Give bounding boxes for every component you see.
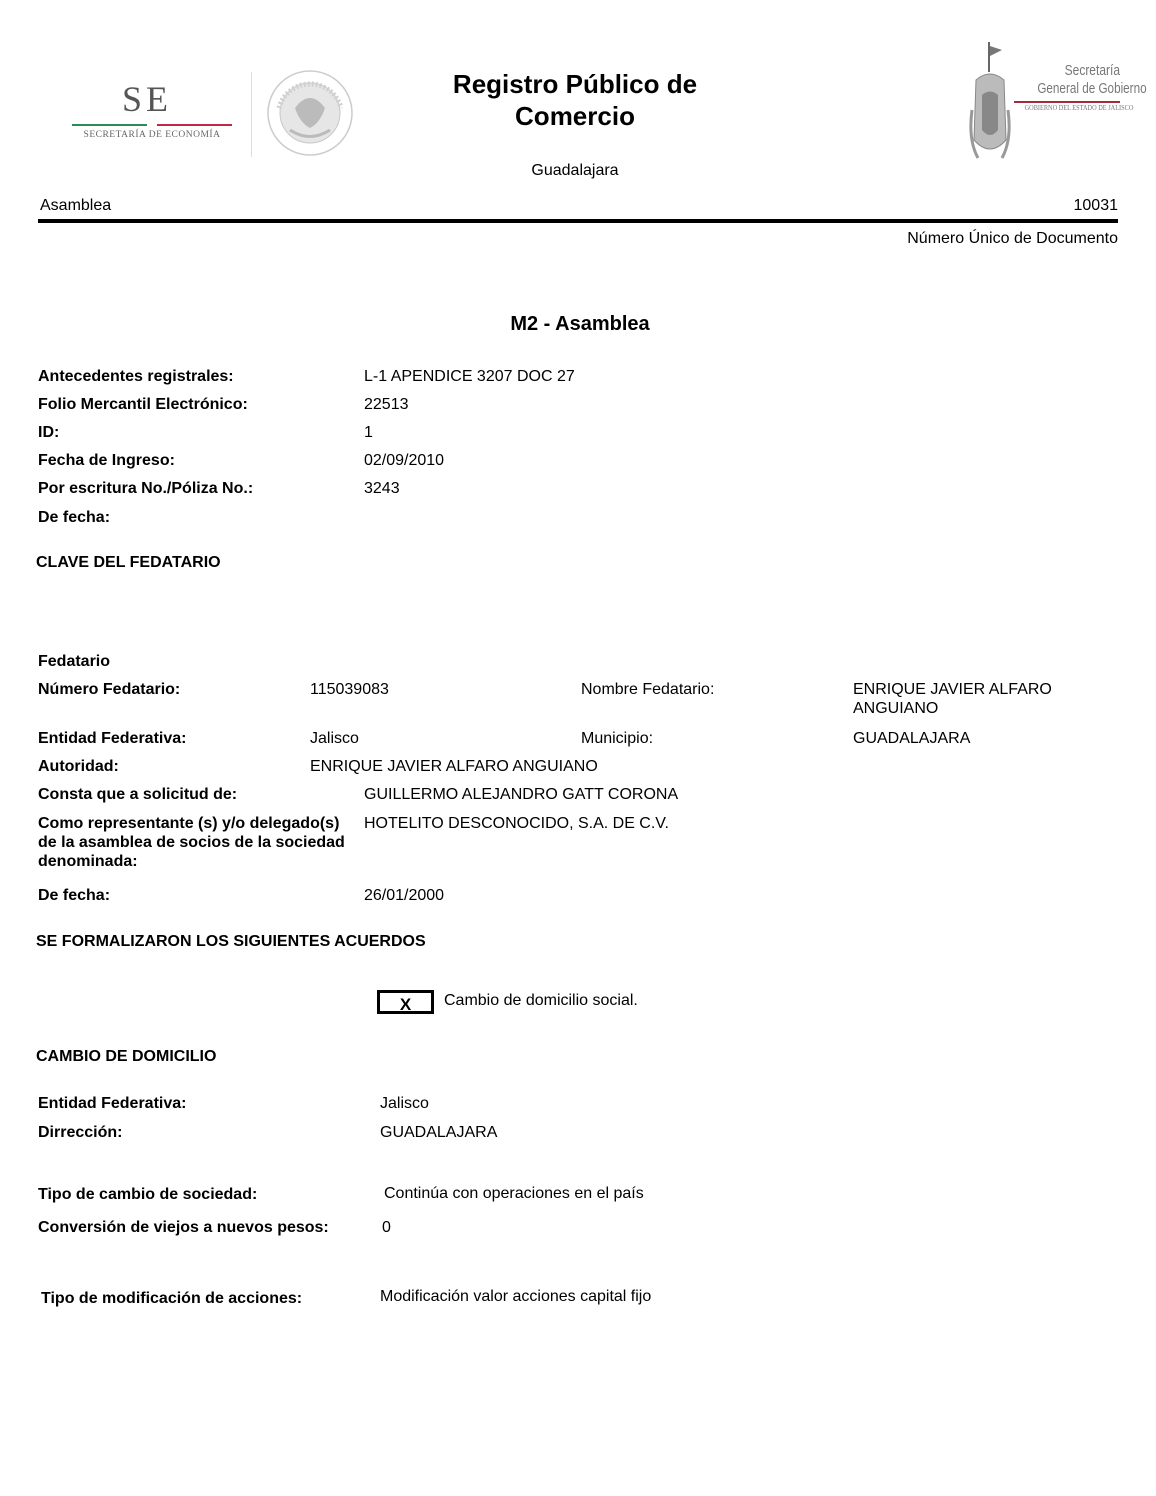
- header-divider: [38, 219, 1118, 223]
- modificacion-value: Modificación valor acciones capital fijo: [380, 1287, 651, 1306]
- se-logo-mark: SE: [62, 78, 232, 120]
- numero-fedatario-label: Número Fedatario:: [38, 680, 180, 699]
- entidad-federativa-label: Entidad Federativa:: [38, 729, 186, 748]
- title-line-1: Registro Público de: [380, 68, 770, 100]
- modificacion-label: Tipo de modificación de acciones:: [41, 1289, 302, 1308]
- acuerdo-checkbox[interactable]: X: [377, 990, 434, 1014]
- domicilio-entidad-label: Entidad Federativa:: [38, 1094, 186, 1113]
- se-logo-subtitle: SECRETARÍA DE ECONOMÍA: [62, 130, 242, 140]
- nombre-fedatario-label: Nombre Fedatario:: [581, 680, 714, 699]
- escritura-label: Por escritura No./Póliza No.:: [38, 479, 253, 498]
- estados-unidos-mexicanos-seal-icon: [265, 68, 355, 158]
- acuerdo-label: Cambio de domicilio social.: [444, 991, 638, 1010]
- antecedentes-label: Antecedentes registrales:: [38, 367, 234, 386]
- escritura-value: 3243: [364, 479, 400, 498]
- clave-fedatario-heading: CLAVE DEL FEDATARIO: [36, 554, 221, 572]
- cambio-domicilio-heading: CAMBIO DE DOMICILIO: [36, 1048, 216, 1066]
- document-type: Asamblea: [40, 197, 111, 215]
- id-value: 1: [364, 423, 373, 442]
- municipio-value: GUADALAJARA: [853, 729, 970, 748]
- solicitud-fecha-label: De fecha:: [38, 886, 110, 905]
- logo-red-bar: [157, 124, 232, 126]
- folio-label: Folio Mercantil Electrónico:: [38, 395, 248, 414]
- numero-fedatario-value: 115039083: [310, 680, 389, 699]
- logo-divider: [251, 72, 252, 157]
- autoridad-label: Autoridad:: [38, 757, 119, 776]
- fedatario-heading: Fedatario: [38, 652, 110, 671]
- secretaria-economia-logo: SE SECRETARÍA DE ECONOMÍA: [62, 72, 232, 152]
- city-label: Guadalajara: [380, 162, 770, 180]
- solicitud-fecha-value: 26/01/2000: [364, 886, 444, 905]
- document-number-label: Número Único de Documento: [907, 230, 1118, 248]
- nombre-fedatario-value: ENRIQUE JAVIER ALFARO ANGUIANO: [853, 680, 1113, 718]
- entidad-federativa-value: Jalisco: [310, 729, 359, 748]
- direccion-label: Dirrección:: [38, 1123, 122, 1142]
- jal-logo-line-2: General de Gobierno: [1037, 80, 1120, 98]
- secretaria-general-gobierno-logo: Secretaría General de Gobierno GOBIERNO …: [1014, 62, 1120, 113]
- page-title: Registro Público de Comercio: [380, 68, 770, 132]
- consta-label: Consta que a solicitud de:: [38, 785, 237, 804]
- tipo-cambio-value: Continúa con operaciones en el país: [384, 1184, 644, 1203]
- logo-green-bar: [72, 124, 147, 126]
- domicilio-entidad-value: Jalisco: [380, 1094, 429, 1113]
- de-fecha-label: De fecha:: [38, 508, 110, 527]
- acuerdos-heading: SE FORMALIZARON LOS SIGUIENTES ACUERDOS: [36, 933, 426, 951]
- fecha-ingreso-label: Fecha de Ingreso:: [38, 451, 175, 470]
- representante-value: HOTELITO DESCONOCIDO, S.A. DE C.V.: [364, 814, 669, 833]
- consta-value: GUILLERMO ALEJANDRO GATT CORONA: [364, 785, 678, 804]
- antecedentes-value: L-1 APENDICE 3207 DOC 27: [364, 367, 575, 386]
- id-label: ID:: [38, 423, 59, 442]
- jal-logo-line-3: GOBIERNO DEL ESTADO DE JALISCO: [1025, 103, 1120, 113]
- conversion-value: 0: [382, 1218, 391, 1237]
- direccion-value: GUADALAJARA: [380, 1123, 497, 1142]
- jal-logo-line-1: Secretaría: [1035, 62, 1120, 80]
- tipo-cambio-label: Tipo de cambio de sociedad:: [38, 1185, 257, 1204]
- fecha-ingreso-value: 02/09/2010: [364, 451, 444, 470]
- jalisco-crest-icon: [968, 40, 1012, 168]
- document-number: 10031: [1074, 197, 1119, 215]
- conversion-label: Conversión de viejos a nuevos pesos:: [38, 1218, 338, 1237]
- title-line-2: Comercio: [380, 100, 770, 132]
- autoridad-value: ENRIQUE JAVIER ALFARO ANGUIANO: [310, 757, 598, 776]
- form-title: M2 - Asamblea: [380, 313, 780, 336]
- folio-value: 22513: [364, 395, 409, 414]
- municipio-label: Municipio:: [581, 729, 653, 748]
- representante-label: Como representante (s) y/o delegado(s) d…: [38, 814, 358, 871]
